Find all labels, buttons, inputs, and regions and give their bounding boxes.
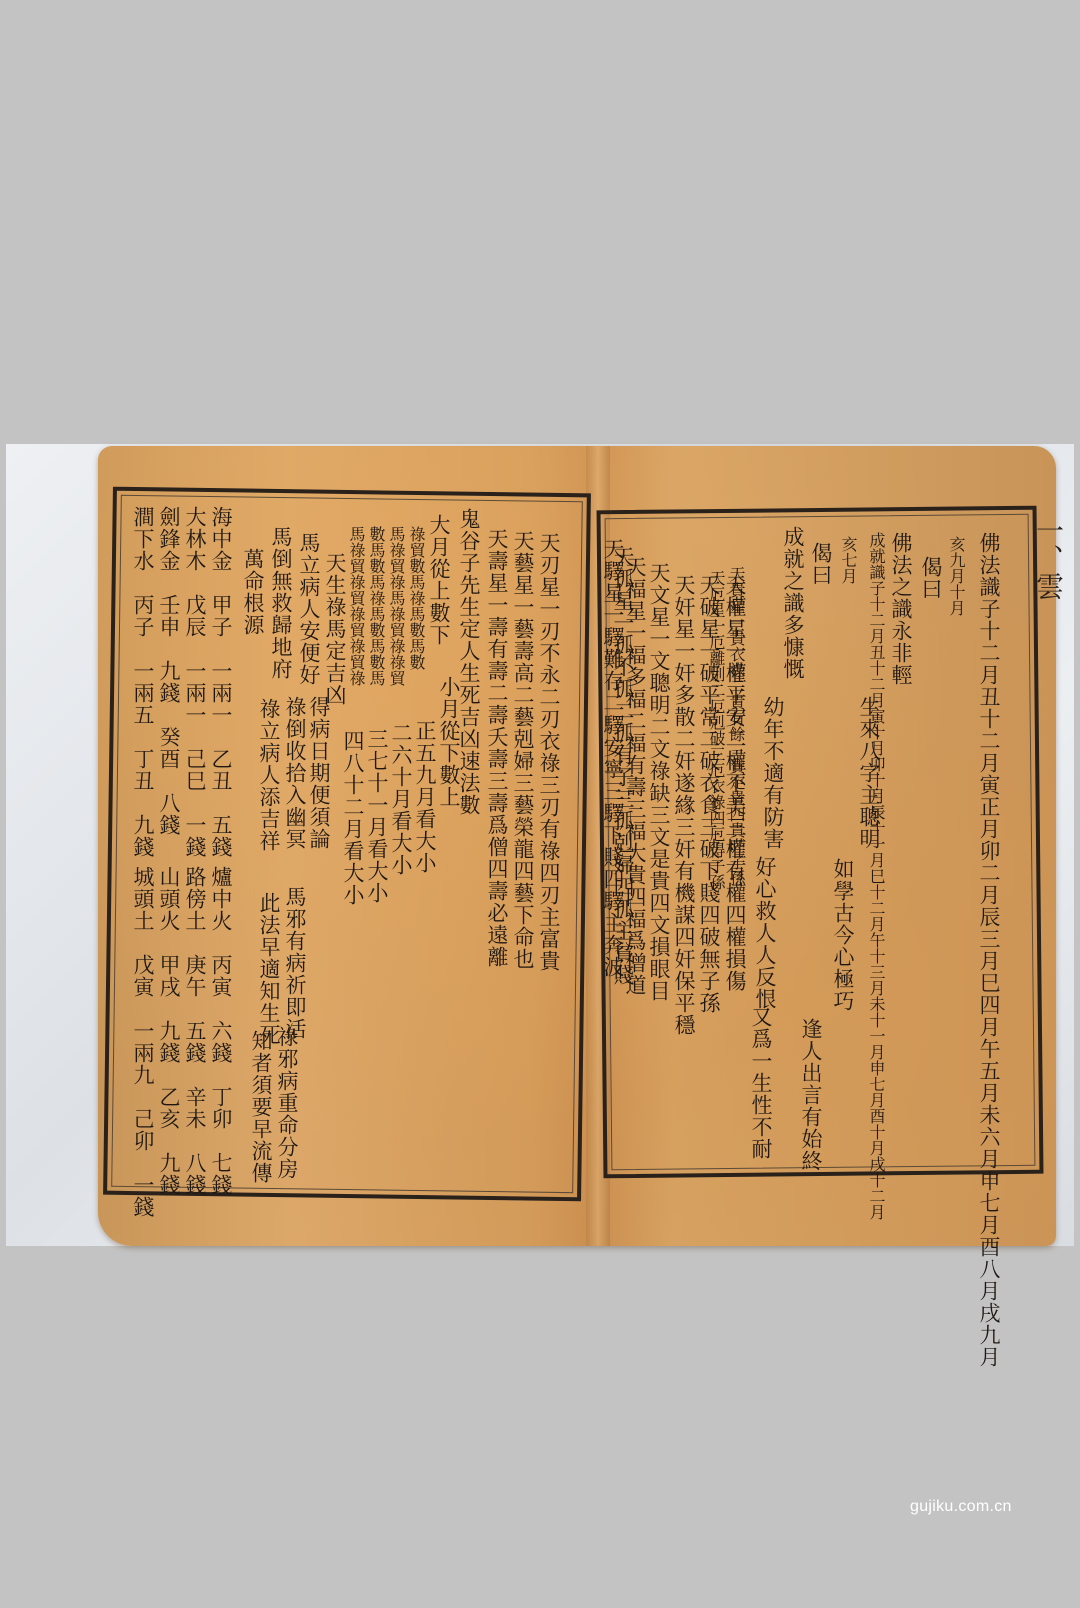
left-col-10: 四八十二月看大小 bbox=[342, 730, 363, 906]
table-row: 路傍土 庚午 五錢 辛未 八錢 bbox=[184, 866, 205, 1196]
left-col-19: 祿倒收拾入幽冥 bbox=[284, 696, 305, 850]
left-col-13: 數馬數馬祿馬數馬數馬 bbox=[368, 526, 384, 686]
right-col-18: 天破星一破平常二破衣食三破下賤四破無子孫 bbox=[698, 574, 719, 1014]
right-col-23: 天驛星一驛難存二驛安寧三驛下賤四驛主奔波 bbox=[602, 538, 623, 978]
left-col-2: 天藝星一藝壽高二藝剋婦三藝榮龍四藝下命也 bbox=[512, 530, 533, 970]
table-row: 爐中火 丙寅 六錢 丁卯 七錢 bbox=[210, 866, 231, 1196]
left-col-8: 二六十月看大小 bbox=[390, 722, 411, 876]
left-col-18: 馬倒無救歸地府 bbox=[270, 526, 291, 680]
right-col-20: 天文星一文聰明二文祿缺三文是貴四文損眼目 bbox=[648, 562, 669, 1002]
left-col-4: 鬼谷子先生定人生死吉凶速法數 bbox=[458, 508, 479, 816]
left-col-5: 小月從下數上 bbox=[438, 676, 459, 808]
watermark: gujiku.com.cn bbox=[910, 1498, 1012, 1516]
right-col-7: 逢人出言有始終 bbox=[800, 1018, 821, 1172]
right-col-12: 幼年不適有防害 bbox=[762, 696, 783, 850]
right-col-10: 偈曰 bbox=[810, 542, 831, 586]
left-col-14: 馬祿貿祿貿祿貿祿貿祿 bbox=[348, 526, 364, 686]
margin-title: 一、雲 bbox=[1028, 516, 1068, 600]
left-col-20: 祿立病人添吉祥 bbox=[258, 698, 279, 852]
left-col-16: 得病日期便須論 bbox=[308, 696, 329, 850]
right-col-6: 如學古今心極巧 bbox=[832, 858, 853, 1012]
left-col-15: 天生祿馬定吉凶 bbox=[324, 552, 345, 706]
right-col-17: 天權星一權平安二權不美三權有權四權損傷 bbox=[724, 574, 745, 992]
table-row: 澗下水 丙子 一兩五 丁丑 九錢 bbox=[132, 506, 153, 858]
left-col-11: 祿貿數馬祿馬數馬數 bbox=[408, 526, 424, 670]
left-col-21: 馬邪有病祈即活 bbox=[284, 886, 305, 1040]
right-col-2: 亥九月十月 bbox=[948, 536, 964, 616]
table-row: 山頭火 甲戌 九錢 乙亥 九錢 bbox=[158, 866, 179, 1196]
table-row: 海中金 甲子 一兩一 乙丑 五錢 bbox=[210, 506, 231, 858]
left-col-22: 此法早適知生死 bbox=[258, 892, 279, 1046]
left-col-12: 馬祿貿祿馬祿貿祿祿貿 bbox=[388, 526, 404, 686]
right-col-1: 佛法識子十二月丑十二月寅正月卯二月辰三月巳四月午五月未六月申七月酉八月戌九月 bbox=[978, 532, 999, 1368]
left-col-23: 祿邪病重命分房 bbox=[276, 1026, 297, 1180]
right-col-4: 佛法之識永非輕 bbox=[890, 532, 911, 686]
left-col-3: 天壽星一壽有壽二壽夭壽三壽爲僧四壽必遠離 bbox=[486, 528, 507, 968]
right-col-19: 天奸星一奸多散二奸遂緣三奸有機謀四奸保平穩 bbox=[673, 574, 694, 1036]
right-col-13: 好心救人人反恨 bbox=[754, 856, 775, 1010]
left-col-9: 三七十一月看大小 bbox=[366, 728, 387, 904]
left-col-7: 正五九月看大小 bbox=[414, 720, 435, 874]
right-col-11: 成就之識多慷慨 bbox=[782, 526, 803, 680]
table-row: 劍鋒金 壬申 九錢 癸酉 八錢 bbox=[158, 506, 179, 836]
left-col-17: 馬立病人安便好 bbox=[298, 532, 319, 686]
right-col-8: 成就識子十二月丑十二月寅十月卯十月辰十一月巳十二月午十三月未十一月申七月酉十月戌… bbox=[868, 532, 884, 1220]
left-col-1: 天刃星一刃不永二刃衣祿三刃有祿四刃主富貴 bbox=[538, 532, 559, 972]
left-col-24: 知者須要早流傳 bbox=[250, 1030, 271, 1184]
right-col-9: 亥七月 bbox=[840, 536, 856, 584]
table-row: 大林木 戊辰 一兩一 己巳 一錢 bbox=[184, 506, 205, 858]
right-col-3: 偈曰 bbox=[920, 556, 941, 600]
left-col-6: 大月從上數下 bbox=[428, 514, 449, 646]
table-row: 城頭土 戊寅 一兩九 己卯 一錢 bbox=[132, 866, 153, 1218]
left-col-25: 萬命根源 bbox=[242, 548, 263, 636]
open-book: 一、雲 佛法識子十二月丑十二月寅正月卯二月辰三月巳四月午五月未六月申七月酉八月戌… bbox=[98, 446, 1056, 1246]
right-col-14: 又爲一生性不耐 bbox=[750, 1006, 771, 1160]
